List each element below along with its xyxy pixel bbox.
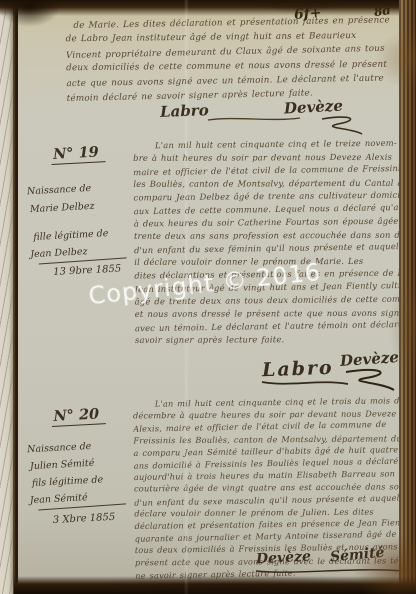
page-bottom-shadow <box>14 576 416 594</box>
act-number-19: N° 19 <box>51 143 106 165</box>
signature-deveze-3: Devèze <box>256 549 312 568</box>
margin-line: Marie Delbez <box>30 198 140 215</box>
manuscript-line: les Bouliès, canton de Montsalvy, départ… <box>133 177 414 191</box>
manuscript-line: savoir signer après lecture faite. <box>135 333 416 347</box>
signature-flourish-line-2 <box>260 378 350 388</box>
signature-paraph-2 <box>342 368 396 394</box>
manuscript-scan: de Marie. Les dites déclaration et prése… <box>0 0 416 594</box>
margin-entry-19: N° 19 Naissance de Marie Delbez fille lé… <box>37 139 144 278</box>
page-top-edge <box>0 0 416 16</box>
margin-date-20: 3 Xbre 1855 <box>53 510 143 526</box>
margin-date-19: 13 9bre 1855 <box>53 262 143 278</box>
act-19-text: L'an mil huit cent cinquante cinq et le … <box>133 137 416 348</box>
margin-line: Naissance de <box>27 438 139 455</box>
margin-line: fils légitime de <box>32 472 141 489</box>
manuscript-page: de Marie. Les dites déclaration et prése… <box>18 0 416 594</box>
signature-labro-1: Labro <box>160 101 209 121</box>
manuscript-line: Freissinis les Bouliès, canton de Montsa… <box>133 432 416 446</box>
act-previous-text: de Marie. Les dites déclaration et prése… <box>65 13 416 106</box>
manuscript-line: déclare vouloir donner le prénom de Juli… <box>134 505 416 519</box>
signature-deveze-1: Devèze <box>284 96 344 117</box>
signature-flourish-line-3 <box>254 566 404 576</box>
margin-entry-20: N° 20 Naissance de Julien Sémité fils lé… <box>37 401 143 526</box>
act-number-20: N° 20 <box>51 405 106 427</box>
signature-deveze-2: Devèze <box>339 348 399 370</box>
margin-line: Julien Sémité <box>30 455 140 472</box>
margin-line: fille légitime de <box>33 226 141 243</box>
signature-paraph-1 <box>318 116 364 138</box>
page-stack-edge <box>399 0 416 594</box>
margin-line: Naissance de <box>27 180 139 197</box>
